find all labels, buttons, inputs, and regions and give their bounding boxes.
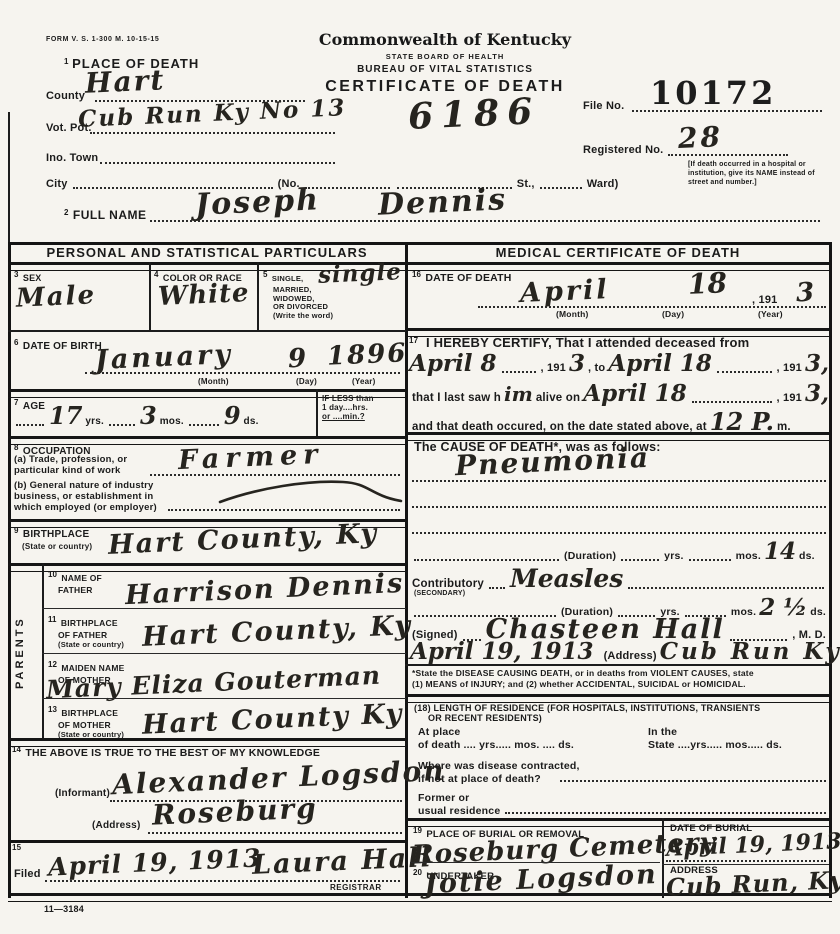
month-sublabel: (Month) — [556, 310, 589, 320]
contracted-label: if not at place of death? — [418, 773, 541, 785]
birth-year-value: 1896 — [326, 340, 407, 369]
commonwealth-title: Commonwealth of Kentucky — [300, 30, 590, 49]
saw-text: that I last saw h — [412, 392, 501, 405]
dotted-leader — [621, 555, 659, 561]
dotted-leader — [560, 780, 826, 782]
filed-date-value: April 19, 1913 — [48, 845, 262, 879]
dotted-leader — [148, 832, 402, 834]
dotted-leader — [189, 420, 219, 426]
certify-section-number: 17 — [409, 336, 418, 345]
attended-from-date: April 8 — [409, 352, 497, 375]
divider — [316, 389, 318, 436]
birthplace-sublabel: (State or country) — [22, 542, 92, 551]
section-number: 1 — [64, 57, 68, 66]
birth-day-value: 9 — [287, 346, 306, 373]
certify-death-line: and that death occured, on the date stat… — [412, 410, 829, 434]
if-less-line: 1 day....hrs. — [322, 403, 374, 412]
cause-footnote: *State the DISEASE CAUSING DEATH, or in … — [412, 669, 754, 679]
year-digit: 3, — [805, 352, 829, 375]
at-place-label: of death .... yrs..... mos. .... ds. — [418, 739, 574, 751]
dotted-leader — [412, 532, 826, 534]
ds-label: ds. — [799, 550, 815, 562]
certify-line1: I HEREBY CERTIFY, That I attended deceas… — [426, 336, 749, 351]
duration-label: (Duration) — [564, 550, 616, 562]
in-state-label: State ....yrs..... mos..... ds. — [648, 739, 782, 751]
dotted-leader — [45, 880, 400, 882]
section-number: 3 — [14, 270, 18, 279]
section-number: 2 — [64, 208, 68, 217]
pen-stroke — [218, 478, 403, 508]
burial-date-value: April 19, 1913 — [666, 830, 840, 860]
if-less-line: or ....min.? — [322, 412, 374, 421]
contributory-value: Measles — [510, 566, 623, 591]
certify-saw-line: that I last saw h im alive on April 18 ,… — [412, 382, 829, 405]
filed-label: Filed — [14, 868, 41, 881]
signed-address-label: (Address) — [604, 650, 657, 663]
divider — [257, 262, 259, 330]
full-name-last: Dennis — [377, 185, 507, 221]
divider — [405, 694, 829, 703]
dotted-leader — [717, 367, 772, 373]
section-number: 4 — [154, 270, 158, 279]
mother-birthplace-label: BIRTHPLACE — [61, 708, 118, 718]
full-name-first: Joseph — [194, 185, 320, 220]
duration-days-value: 14 — [764, 540, 796, 563]
yrs-label: yrs. — [85, 416, 104, 428]
dotted-leader — [414, 555, 559, 561]
age-days-value: 9 — [224, 404, 241, 428]
age-years-value: 17 — [49, 404, 82, 428]
city-st-label: St., — [517, 178, 535, 191]
dotted-leader — [540, 183, 582, 189]
section-number: 13 — [48, 705, 57, 714]
dotted-leader — [109, 420, 135, 426]
undertaker-address-value: Cub Run, Ky — [666, 868, 840, 900]
form-code-bottom: 11—3184 — [44, 904, 84, 914]
year-sublabel: (Year) — [758, 310, 783, 320]
year-prefix: , 191 — [777, 362, 802, 375]
father-birthplace-label: (State or country) — [58, 641, 124, 650]
occupation-a-label: particular kind of work — [14, 466, 120, 477]
year-sublabel: (Year) — [352, 377, 375, 386]
father-name-label: FATHER — [58, 586, 102, 596]
mother-birthplace-value: Hart County Ky — [142, 700, 404, 738]
masthead: Commonwealth of Kentucky STATE BOARD OF … — [300, 30, 590, 97]
if-less-note: IF LESS than 1 day....hrs. or ....min.? — [322, 394, 374, 422]
saw-text: alive on — [536, 392, 580, 405]
full-name-field: 2 FULL NAME — [64, 206, 147, 224]
cause-footnote: (1) MEANS of INJURY; and (2) whether ACC… — [412, 680, 746, 690]
father-birthplace-field: 11 BIRTHPLACE OF FATHER (State or countr… — [48, 613, 124, 649]
contracted-label: Where was disease contracted, — [418, 760, 580, 772]
divider — [149, 262, 151, 330]
cause-duration-line: (Duration) yrs. mos. 14 ds. — [412, 540, 826, 563]
color-race-value: White — [157, 280, 250, 310]
mos-label: mos. — [160, 416, 184, 428]
informant-label: (Informant) — [55, 788, 110, 800]
file-no-label: File No. — [583, 100, 624, 113]
divider — [42, 608, 406, 609]
birth-month-value: January — [94, 341, 233, 374]
section-number: 16 — [412, 270, 421, 279]
section-number: 10 — [48, 570, 57, 579]
contributory-line: Contributory Measles — [412, 566, 826, 591]
death-time-value: 12 P. — [710, 410, 774, 434]
stamp-number: 6186 — [407, 93, 541, 135]
if-less-line: IF LESS than — [322, 394, 374, 403]
dotted-leader — [505, 812, 826, 814]
informant-address-label: (Address) — [92, 820, 140, 832]
father-birthplace-value: Hart County, Ky — [142, 612, 413, 651]
sex-label: SEX — [23, 273, 42, 283]
death-year-digit: 3 — [795, 280, 814, 307]
mos-label: mos. — [736, 550, 761, 562]
dotted-leader — [168, 509, 400, 511]
date-of-death-field: 16 DATE OF DEATH — [412, 268, 512, 286]
dotted-leader — [412, 480, 826, 482]
divider — [42, 653, 406, 654]
marital-value: single — [318, 260, 403, 287]
date-of-birth-field: 6 DATE OF BIRTH — [14, 336, 102, 354]
at-place-label: At place — [418, 726, 460, 738]
year-digit: 3, — [805, 382, 829, 405]
dotted-leader — [692, 397, 772, 403]
city-ward-label: Ward) — [587, 178, 619, 191]
dotted-leader — [666, 860, 826, 862]
death-month-value: April — [519, 276, 610, 307]
full-name-label: FULL NAME — [73, 208, 147, 222]
section-number: 12 — [48, 660, 57, 669]
hospital-note: [If death occurred in a hospital or inst… — [688, 160, 834, 187]
section-number: 14 — [12, 745, 21, 754]
parents-side-label: PARENTS — [14, 590, 27, 715]
section-number: 19 — [413, 826, 422, 835]
section-number: 8 — [14, 443, 18, 452]
county-value: Hart — [84, 66, 165, 97]
father-name-field: 10 NAME OF FATHER — [48, 568, 102, 596]
divider — [8, 112, 10, 242]
former-residence-label: Former or — [418, 792, 469, 804]
informant-address-value: Roseburg — [151, 794, 318, 829]
ds-label: ds. — [244, 416, 259, 428]
city-label: City — [46, 178, 68, 191]
bureau-title: BUREAU OF VITAL STATISTICS — [300, 64, 590, 76]
death-certificate-scan: FORM V. S. 1-300 M. 10-15-15 1 PLACE OF … — [0, 0, 840, 934]
father-name-label: NAME OF — [61, 573, 102, 583]
medical-title: MEDICAL CERTIFICATE OF DEATH — [408, 246, 828, 261]
signed-date-address-line: April 19, 1913 (Address) Cub Run Ky — [410, 640, 828, 663]
day-sublabel: (Day) — [296, 377, 317, 386]
dotted-leader — [689, 555, 731, 561]
registered-no-label: Registered No. — [583, 144, 663, 157]
dotted-leader — [100, 162, 335, 164]
residence-title: OR RECENT RESIDENTS) — [428, 713, 542, 723]
county-label: County — [46, 90, 85, 103]
dotted-leader — [16, 420, 44, 426]
year-prefix: , 191 — [777, 392, 802, 405]
dotted-leader — [489, 583, 505, 589]
year-digit: 3 — [569, 352, 585, 375]
in-state-label: In the — [648, 726, 677, 738]
father-birthplace-label: BIRTHPLACE — [61, 618, 118, 628]
file-no-value: 10172 — [650, 74, 776, 112]
age-values: 17 yrs. 3 mos. 9 ds. — [14, 404, 310, 428]
registrar-label: REGISTRAR — [330, 883, 382, 892]
certify-dates-line: April 8 , 191 3 , to April 18 , 191 3, — [409, 352, 829, 375]
month-sublabel: (Month) — [198, 377, 229, 386]
yrs-label: yrs. — [664, 550, 683, 562]
last-seen-date: April 18 — [583, 382, 687, 405]
former-residence-label: usual residence — [418, 805, 500, 817]
attestation-label: THE ABOVE IS TRUE TO THE BEST OF MY KNOW… — [25, 747, 320, 759]
residence-title: (18) LENGTH OF RESIDENCE (FOR HOSPITALS,… — [414, 703, 760, 713]
attended-to-date: April 18 — [608, 352, 712, 375]
mother-birthplace-field: 13 BIRTHPLACE OF MOTHER (State or countr… — [48, 703, 124, 739]
birthplace-field: 9 BIRTHPLACE (State or country) — [14, 524, 92, 551]
registered-no-value: 28 — [677, 123, 723, 153]
board-title: STATE BOARD OF HEALTH — [300, 53, 590, 62]
section-number: 6 — [14, 338, 18, 347]
personal-title: PERSONAL AND STATISTICAL PARTICULARS — [8, 246, 406, 261]
dotted-leader — [412, 506, 826, 508]
marital-label: (Write the word) — [273, 312, 403, 321]
saw-him: im — [504, 384, 533, 404]
city-line: City (No. St., Ward) — [46, 178, 696, 191]
birthplace-label: BIRTHPLACE — [23, 529, 89, 540]
age-months-value: 3 — [140, 404, 157, 428]
death-day-value: 18 — [687, 269, 727, 299]
filed-section-number: 15 — [12, 843, 21, 852]
divider — [829, 242, 832, 898]
occupation-b-label: which employed (or employer) — [14, 503, 157, 514]
signed-date-value: April 19, 1913 — [410, 640, 594, 663]
section-number: 9 — [14, 526, 18, 535]
section-number: 5 — [263, 270, 267, 279]
divider — [8, 840, 406, 843]
divider — [42, 563, 44, 739]
day-sublabel: (Day) — [662, 310, 684, 320]
occupation-a-value: Farmer — [177, 441, 323, 474]
dotted-leader — [628, 583, 824, 589]
divider — [405, 664, 829, 666]
inc-town-label: Ino. Town — [46, 152, 98, 165]
dotted-leader — [502, 367, 536, 373]
form-code: FORM V. S. 1-300 M. 10-15-15 — [46, 36, 159, 44]
registrar-signature: Laura Hall — [251, 844, 433, 879]
year-prefix: , 191 — [541, 362, 566, 375]
date-of-birth-label: DATE OF BIRTH — [23, 341, 102, 352]
death-year-prefix: , 191 — [752, 294, 777, 307]
dotted-leader — [90, 132, 335, 134]
section-number: 11 — [48, 615, 56, 624]
section-number: 20 — [413, 868, 422, 877]
sex-value: Male — [15, 282, 96, 311]
father-name-value: Harrison Dennis — [125, 570, 405, 609]
marital-label: SINGLE, — [272, 274, 303, 283]
divider — [8, 330, 406, 332]
date-of-death-label: DATE OF DEATH — [425, 272, 511, 284]
cause-value: Pneumonia — [454, 444, 650, 480]
attestation-field: 14 THE ABOVE IS TRUE TO THE BEST OF MY K… — [12, 743, 320, 761]
signed-address-value: Cub Run Ky — [660, 640, 840, 663]
divider — [42, 698, 406, 699]
to-word: , to — [588, 362, 605, 375]
